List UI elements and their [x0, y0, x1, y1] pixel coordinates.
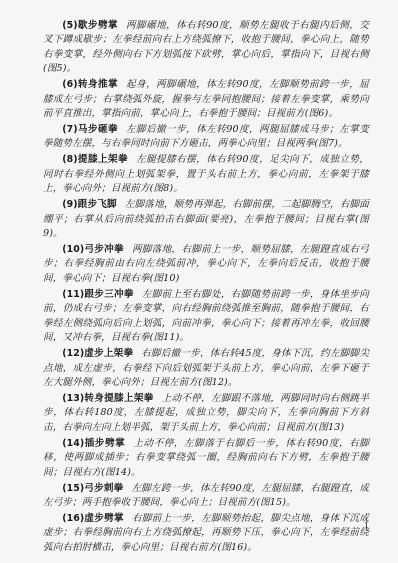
section-number: (13)	[62, 393, 84, 404]
document-body: (5)歇步劈掌两脚碾地，体右转90度，顺势左腿收于右腿内后侧，交叉下蹲成歇步；左…	[43, 19, 369, 557]
section-title: 提膝上架拳	[78, 154, 128, 165]
document-page: (5)歇步劈掌两脚碾地，体右转90度，顺势左腿收于右腿内后侧，交叉下蹲成歇步；左…	[0, 0, 398, 563]
section-title: 虚步劈掌	[84, 513, 124, 524]
section-5: (5)歇步劈掌两脚碾地，体右转90度，顺势左腿收于右腿内后侧，交叉下蹲成歇步；左…	[43, 19, 369, 77]
section-title: 插步劈掌	[84, 438, 125, 449]
section-number: (7)	[62, 124, 77, 135]
section-title: 歇步劈掌	[78, 20, 118, 31]
section-title: 转身推掌	[78, 79, 118, 90]
section-number: (11)	[62, 289, 84, 300]
section-14: (14)插步劈掌上动不停，左脚落于右脚后一步，体右转90度，右脚移，使两脚成插步…	[43, 437, 369, 480]
section-16: (16)虚步劈掌右脚前上一步，左脚顺势抬起，脚尖点地，身体下沉成虚步；右拳经胸前…	[43, 512, 369, 555]
section-13: (13)转身提膝上架拳上动不停，左脚跟不落地，两脚同时向右侧跳半步，体右转180…	[43, 392, 369, 435]
section-title: 弓步刺拳	[84, 483, 123, 494]
section-number: (16)	[62, 513, 84, 524]
section-10: (10)弓步冲拳两脚落地，右脚前上一步，顺势屈膝，左腿蹬直成右弓步；右拳经胸前由…	[43, 243, 369, 286]
section-number: (12)	[62, 348, 84, 359]
section-15: (15)弓步刺拳左脚左跨一步，体左转90度，左腿屈膝，右腿蹬直，成左弓步；两手抱…	[43, 482, 369, 511]
section-6: (6)转身推掌起身，两脚碾地，体左转90度，左脚顺势前跨一步，屈膝成左弓步；右掌…	[43, 78, 369, 121]
section-number: (14)	[62, 438, 84, 449]
section-title: 虚步上架拳	[84, 348, 133, 359]
section-number: (10)	[62, 244, 84, 255]
section-number: (8)	[62, 154, 77, 165]
section-number: (15)	[62, 483, 84, 494]
section-12: (12)虚步上架拳右脚后撤一步，体右转45度，身体下沉，约左脚脚尖点地，成左虚步…	[43, 347, 369, 390]
section-8: (8)提膝上架拳左腿提膝右摆，体右转90度，足尖向下，成独立势，同时右拳经外侧向…	[43, 153, 369, 196]
section-title: 跟步三冲拳	[84, 289, 134, 300]
section-title: 弓步冲拳	[84, 244, 124, 255]
section-number: (6)	[62, 79, 77, 90]
page-number: 1	[364, 521, 369, 530]
section-11: (11)跟步三冲拳左脚前上至右脚处，右脚随势前跨一步，身体坐步向前，仍成右弓步；…	[43, 288, 369, 346]
section-number: (5)	[62, 20, 77, 31]
section-title: 跟步飞脚	[78, 199, 117, 210]
section-7: (7)马步砸拳左脚后撤一步，体左转90度，两腿屈膝成马步；左掌变拳随势左摆，与右…	[43, 123, 369, 152]
section-number: (9)	[62, 199, 77, 210]
section-title: 马步砸拳	[78, 124, 118, 135]
section-title: 转身提膝上架拳	[84, 393, 153, 404]
section-9: (9)跟步飞脚左脚落地，顺势再弹起，右脚前摆，二起脚腾空，右脚面绷平；右掌从后向…	[43, 198, 369, 241]
